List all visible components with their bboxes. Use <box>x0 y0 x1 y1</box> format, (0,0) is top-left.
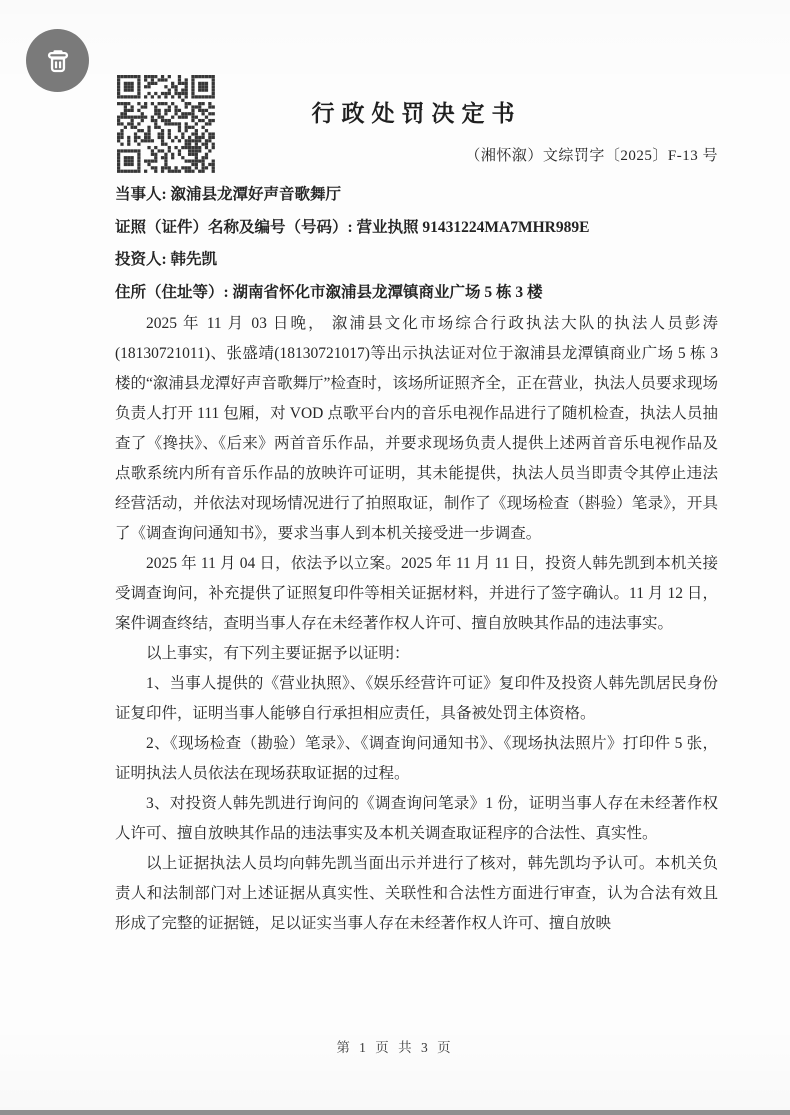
bottom-edge-bar <box>0 1110 790 1115</box>
trash-icon <box>41 44 75 78</box>
body-paragraph: 以上事实，有下列主要证据予以证明： <box>115 639 718 669</box>
body-paragraph: 2、《现场检查（勘验）笔录》、《调查询问通知书》、《现场执法照片》打印件 5 张… <box>115 729 718 789</box>
body-paragraph: 以上证据执法人员均向韩先凯当面出示并进行了核对，韩先凯均予认可。本机关负责人和法… <box>115 849 718 939</box>
scanned-document-page: 行政处罚决定书 （湘怀溆）文综罚字〔2025〕F-13 号 当事人: 溆浦县龙潭… <box>0 0 790 1115</box>
document-number: （湘怀溆）文综罚字〔2025〕F-13 号 <box>115 144 718 165</box>
party-line: 当事人: 溆浦县龙潭好声音歌舞厅 <box>115 179 718 212</box>
license-line: 证照（证件）名称及编号（号码）: 营业执照 91431224MA7MHR989E <box>115 212 718 245</box>
address-line: 住所（住址等）: 湖南省怀化市溆浦县龙潭镇商业广场 5 栋 3 楼 <box>115 277 718 310</box>
investor-line: 投资人: 韩先凯 <box>115 244 718 277</box>
body-paragraph: 1、当事人提供的《营业执照》、《娱乐经营许可证》复印件及投资人韩先凯居民身份证复… <box>115 669 718 729</box>
body-paragraph: 2025 年 11 月 04 日，依法予以立案。2025 年 11 月 11 日… <box>115 549 718 639</box>
delete-button[interactable] <box>26 29 89 92</box>
document-title: 行政处罚决定书 <box>115 95 718 128</box>
document-body: 2025 年 11 月 03 日晚， 溆浦县文化市场综合行政执法大队的执法人员彭… <box>115 309 718 939</box>
body-paragraph: 3、对投资人韩先凯进行询问的《调查询问笔录》1 份，证明当事人存在未经著作权人许… <box>115 789 718 849</box>
page-footer: 第 1 页 共 3 页 <box>0 1036 790 1056</box>
body-paragraph: 2025 年 11 月 03 日晚， 溆浦县文化市场综合行政执法大队的执法人员彭… <box>115 309 718 549</box>
penalty-decision-document: 行政处罚决定书 （湘怀溆）文综罚字〔2025〕F-13 号 当事人: 溆浦县龙潭… <box>115 0 718 939</box>
document-meta: 当事人: 溆浦县龙潭好声音歌舞厅 证照（证件）名称及编号（号码）: 营业执照 9… <box>115 179 718 309</box>
